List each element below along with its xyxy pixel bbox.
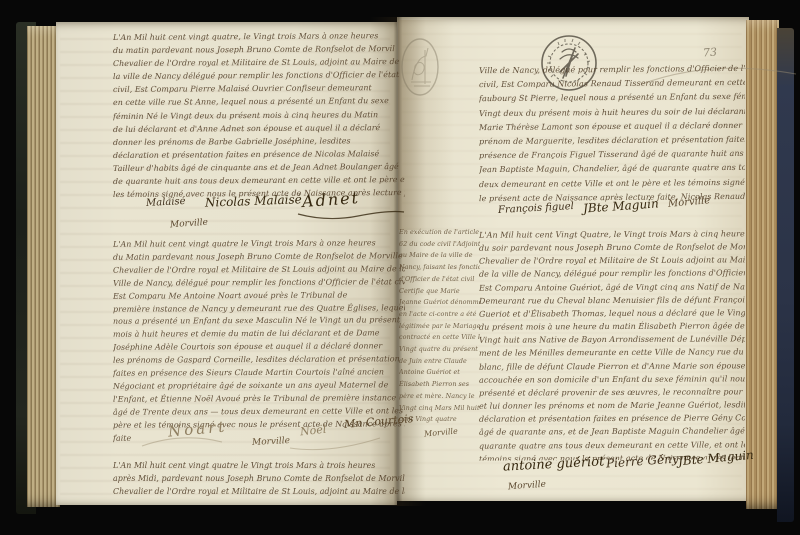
photograph-of-open-register: 73 L'An Mil huit cent vingt quatre, le V… xyxy=(0,0,800,535)
book-cover-right-edge xyxy=(777,28,794,522)
margin-legitimation-note: En exécution de l'article62 du code civi… xyxy=(399,227,480,427)
signature-row-flourish xyxy=(140,428,400,454)
page-edge-stack-right xyxy=(746,20,779,509)
birth-act-malaise-text: L'An Mil huit cent vingt quatre, le Ving… xyxy=(113,29,405,203)
birth-act-gueriot-text: L'An Mil huit cent Vingt Quatre, le Ving… xyxy=(479,227,745,460)
birth-act-third-start-text: L'An Mil huit cent vingt quatre le Vingt… xyxy=(113,459,405,501)
signature-adnet-flourish xyxy=(296,206,406,220)
birth-act-renaud-text: Ville de Nancy, délégué pour remplir les… xyxy=(479,62,745,209)
signature-malaise: Malaisé xyxy=(146,196,186,209)
